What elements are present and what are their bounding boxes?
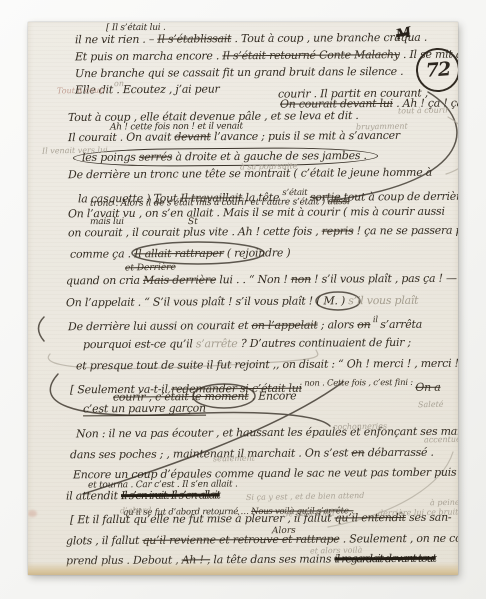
manuscript-line: Et puis on marcha encore . Il s’était re… [75,48,458,64]
manuscript-line: les poings serrés à droite et à gauche d… [73,147,378,167]
manuscript-line: et presque tout de suite il fut rejoint … [76,357,458,373]
struck-text: Ah ! , [182,553,211,566]
ink-text: [ Il s’était lui . [106,23,166,33]
ink-text: . Tout à coup , une branche craqua . [231,31,427,45]
struck-text: on l’appelait [251,318,317,331]
pencil-margin-note: Saleté [418,400,444,409]
struck-text: On a [415,381,440,394]
pencil-margin-note: Si ça y est , et de bien attend [246,491,364,502]
manuscript-page: M 72 [ Il s’était lui .il ne vit rien . … [28,22,458,575]
ink-text: glots , il fallut [66,534,143,548]
struck-text: on [357,318,370,331]
pencil-text: s’arrête [196,337,238,350]
manuscript-line: prend plus . Debout , Ah ! , la tête dan… [66,552,436,568]
page-number: 72 [425,58,451,82]
pencil-margin-note: Il venait vers lui [42,145,108,155]
pencil-curve-top-right [446,117,458,174]
interlinear-insertion: il [370,315,380,325]
ink-text: On l’avait vu , on s’en allait . Mais il… [68,205,445,221]
ink-text: Il courait . On avait [68,130,174,144]
manuscript-line: quand on cria Mais derrière lui . . “ No… [66,272,457,288]
ink-text: et presque tout de suite il fut rejoint … [76,357,458,373]
pencil-margin-note: Se puis voilà [283,509,335,519]
ink-text: comme ça . [70,247,134,260]
manuscript-line: glots , il fallut qu’il revienne et retr… [66,532,458,548]
ink-text: ! ça ne se passera pas [353,224,458,238]
struck-text: repris [322,224,354,237]
ink-text: ? D’autres continuaient de fuir ; [238,336,412,350]
ink-text: tout à coup de derrière un [340,190,458,204]
pencil-margin-note: d’abord [120,506,151,516]
ink-text: . Encore [248,389,296,402]
ink-text: ( rejoindre ) [224,246,291,259]
manuscript-line: On l’avait vu , on s’en allait . Mais il… [68,205,445,221]
ink-text: lui . . “ Non ! [216,273,291,287]
manuscript-line: Une branche qui se cassait fit un grand … [75,65,403,80]
manuscript-line: pourquoi est-ce qu’il s’arrête ? D’autre… [83,336,411,351]
struck-text: Il s’était retourné Conte Malachy [222,48,399,62]
ink-text: ! s’il vous plaît , pas ça ! — [311,272,457,286]
ink-text: prend plus . Debout , [66,553,182,567]
manuscript-line: comme ça . Il allait rattraper ( rejoind… [70,246,290,261]
pencil-text: s’il vous plaît [345,294,418,308]
ink-text: débarrassé . [364,446,433,459]
ink-margin-note: et Derrière [125,264,176,274]
struck-text: en [351,446,364,459]
manuscript-line: De derrière lui aussi on courait et on l… [68,314,422,333]
screenshot-root: { "manuscript": { "page_number": "72", "… [0,0,486,599]
pencil-margin-note: seulement [213,454,255,464]
manuscript-line: Non : il ne va pas écouter , et haussant… [76,425,458,441]
ink-text: On l’appelait . “ S’il vous plaît ! s’il… [66,294,345,309]
struck-text: Mais derrière [143,273,216,287]
pencil-margin-note: à sa poursuite [240,161,298,171]
pencil-margin-note: bruyamment [356,122,408,132]
ink-text: ; alors [318,318,358,331]
ink-text: quand on cria [66,274,143,288]
ink-margin-note: St [188,218,198,227]
pencil-margin-note: Tout à coup [57,86,104,96]
struck-text: Il allait rattraper [134,247,224,261]
interlinear-insertion: non . Cette fois , c’est fini : [302,378,416,389]
pencil-margin-note: tout à courir [398,106,449,116]
ink-text: . Seulement , on ne com- [339,532,458,546]
heavily-struck-text: Il s’en irait. Il s’en allait [121,488,220,502]
manuscript-line: On l’appelait . “ S’il vous plaît ! s’il… [66,294,418,309]
pink-ink-smudge [28,510,37,517]
ink-text: De derrière lui aussi on courait et [68,319,252,333]
pencil-margin-note: et alors voilà [310,546,362,556]
ink-text: Une branche qui se cassait fit un grand … [75,65,403,80]
pencil-margin-note: cochonneries [333,422,387,432]
ink-text: Et puis on marcha encore . [75,49,222,63]
ink-text: s’arrêta [380,318,422,331]
manuscript-line: c’est un pauvre garçon [83,402,206,416]
pencil-margin-note: accentuer [424,435,458,445]
manuscript-line: il ne vit rien . – Il s’établissait . To… [75,31,427,46]
manuscript-line: Il courait . On avait devant l’avance ; … [68,129,400,144]
struck-text: non [291,273,311,286]
big-parenthesis-stroke [39,317,45,341]
manuscript-line: on courait , il courait plus vite . Ah !… [68,224,458,240]
ink-text: dans ses poches ; , maintenant il marcha… [70,446,351,461]
struck-text: Il s’établissait [157,32,231,46]
struck-text: serrés [139,150,172,163]
struck-text: qu’il revienne et retrouve et rattrape [142,533,339,547]
ink-text: . Il se mit à [400,48,458,61]
ink-margin-note: Alors [272,527,296,536]
struck-text: devant [174,130,210,143]
pencil-margin-note: on [114,79,124,88]
ink-text: Non : il ne va pas écouter , et haussant… [76,425,458,441]
underlined-text: c’est un pauvre garçon [83,402,206,417]
pencil-margin-note: à peine [430,498,458,508]
ink-text: pourquoi est-ce qu’il [83,337,196,351]
ink-text: il ne vit rien . – [75,33,157,47]
pencil-margin-note: derrière lui ce bruit de [378,507,458,518]
ink-text: il attendit [66,489,121,502]
manuscript-line: il attendit Il s’en irait. Il s’en allai… [66,488,220,502]
